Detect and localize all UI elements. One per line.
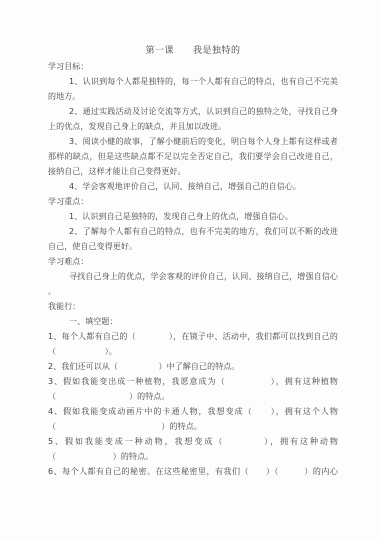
text-line: 那样的缺点，但是这些缺点都不足以完全否定自己，我们要学会自己改进自己， [48, 149, 338, 164]
text-line: 的地方。 [48, 89, 338, 104]
text-line: 4、学会客观地评价自己，认同、接纳自己，增强自己的自信心。 [48, 179, 338, 194]
text-line: 1、每个人都有自己的（ ），在镜子中、活动中，我们都可以找到自己的 [48, 329, 338, 344]
text-line: （ ）的特点。 [48, 419, 338, 434]
text-line: 4、假如我能变成动画片中的卡通人物，我想变成（ ），拥有这个人物 [48, 404, 338, 419]
text-line: 一、填空题： [48, 314, 338, 329]
text-line: 学习重点： [48, 194, 338, 209]
text-line: 学习目标： [48, 59, 338, 74]
text-line: 上的优点，发现自己身上的缺点，并且加以改进。 [48, 119, 338, 134]
text-line: （ ）的特点。 [48, 449, 338, 464]
text-line: 6、每个人都有自己的秘密。在这些秘密里，有我们（ ）（ ）的内心 [48, 464, 338, 479]
text-line: 3、假如我能变出成一种植物，我愿意成为（ ），拥有这种植物 [48, 374, 338, 389]
text-line: 5、假如我能变成一种动物，我想变成（ ），拥有这种动物 [48, 434, 338, 449]
text-line: 1、认识到每个人都是独特的，每一个人都有自己的特点，也有自己不完美 [48, 74, 338, 89]
text-line: 自己，使自己变得更好。 [48, 239, 338, 254]
document-title: 第一课 我是独特的 [48, 44, 338, 59]
text-line: 2、通过实践活动及讨论交流等方式，认识到自己的独特之处，寻找自己身 [48, 104, 338, 119]
text-line: 接纳自己，这样才能让自己变得更好。 [48, 164, 338, 179]
text-line: 学习难点： [48, 254, 338, 269]
text-line: 我能行： [48, 299, 338, 314]
text-line: 。 [48, 284, 338, 299]
document-page: 第一课 我是独特的 学习目标：1、认识到每个人都是独特的，每一个人都有自己的特点… [0, 0, 382, 540]
text-line: （ ）。 [48, 344, 338, 359]
text-line: 2、了解每个人都有自己的特点，也有不完美的地方，我们可以不断的改进 [48, 224, 338, 239]
text-line: （ ）的特点。 [48, 389, 338, 404]
document-body: 学习目标：1、认识到每个人都是独特的，每一个人都有自己的特点，也有自己不完美的地… [48, 59, 338, 479]
text-line: 1、认识到自己是独特的，发现自己身上的优点，增强自信心。 [48, 209, 338, 224]
text-line: 2、我们还可以从（ ）中了解自己的特点。 [48, 359, 338, 374]
document-content: 第一课 我是独特的 学习目标：1、认识到每个人都是独特的，每一个人都有自己的特点… [0, 0, 382, 479]
text-line: 3、阅读小健的故事，了解小健前后的变化，明白每个人身上都有这样或者 [48, 134, 338, 149]
text-line: 寻找自己身上的优点，学会客观的评价自己，认同、接纳自己，增强自信心 [48, 269, 338, 284]
